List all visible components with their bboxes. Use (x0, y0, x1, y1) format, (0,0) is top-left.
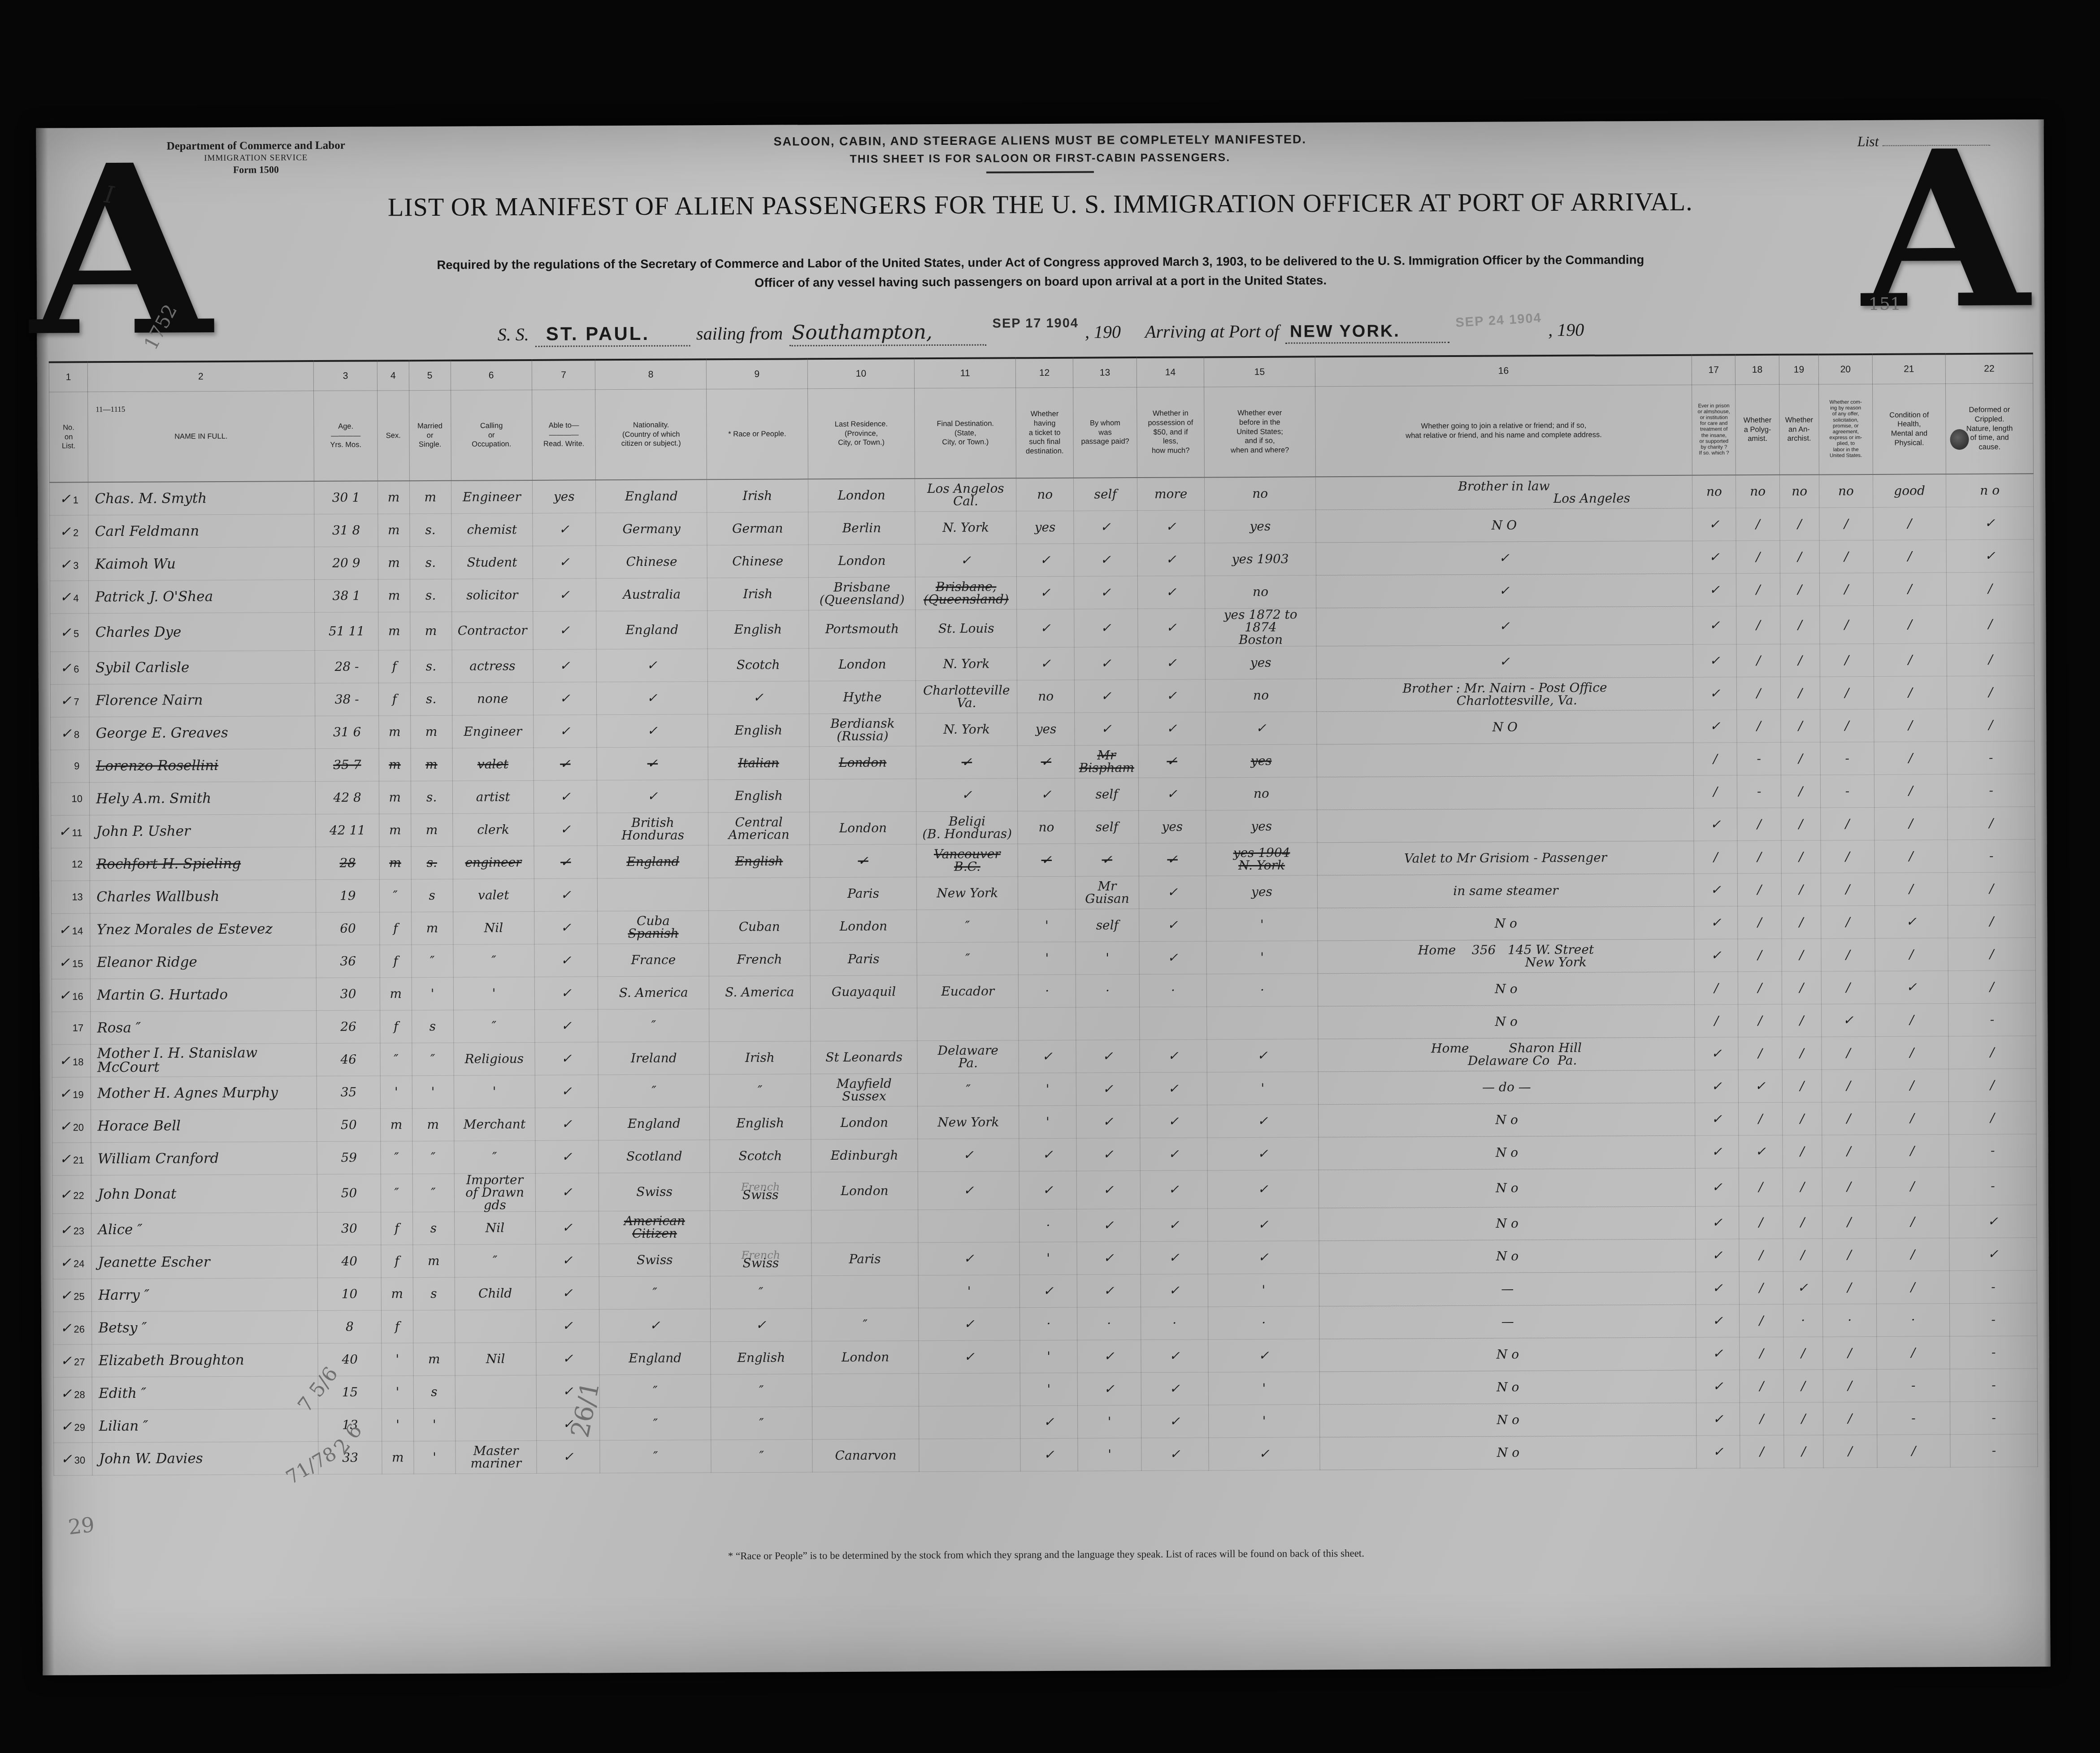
row-checkmark: ✓ (59, 1086, 73, 1101)
cell-race: FrenchSwiss (710, 1243, 811, 1276)
cell-number: ✓1 (49, 482, 88, 515)
cell-name: Harry ″ (91, 1278, 318, 1312)
cell-name: Edith ″ (92, 1376, 318, 1410)
cell-married-single: m (412, 1108, 454, 1141)
cell-tick-20: / (1819, 507, 1873, 540)
cell-ticket: ✓ (1020, 1405, 1078, 1439)
cell-tick-19: / (1782, 1102, 1822, 1135)
cell-last-residence: Guayaquil (810, 975, 917, 1009)
cell-age: 28 - (315, 650, 379, 683)
cell-tick-22: / (1947, 709, 2035, 742)
cell-calling: valet (452, 748, 534, 781)
cell-last-residence: Brisbane (Queensland) (808, 577, 915, 610)
cell-age: 10 (318, 1278, 382, 1311)
cell-able-read-write: ✓ (534, 944, 598, 977)
cell-sex: m (378, 514, 410, 547)
cell-tick-20: / (1820, 709, 1874, 742)
cell-final-destination: ✓ (916, 746, 1017, 779)
col-num-16: 16 (1315, 355, 1692, 387)
cell-age: 8 (318, 1310, 382, 1344)
cell-race: Scotch (710, 1140, 811, 1173)
cell-final-destination: New York (917, 877, 1018, 910)
cell-tick-17: / (1694, 972, 1738, 1005)
cell-final-destination: ' (919, 1275, 1020, 1308)
cell-ever-before: ' (1208, 1274, 1319, 1307)
cell-calling: engineer (453, 846, 534, 879)
cell-tick-21: / (1873, 573, 1947, 606)
cell-relative-friend: in same steamer (1317, 874, 1694, 908)
cell-able-read-write: ✓ (535, 1042, 599, 1075)
cell-tick-20: / (1823, 1336, 1877, 1370)
col-num-22: 22 (1945, 353, 2033, 383)
cell-number: ✓2 (50, 515, 89, 548)
cell-ticket: ' (1018, 909, 1076, 942)
cell-sex: ″ (381, 1174, 412, 1212)
cell-sex: m (381, 1278, 413, 1310)
cell-tick-20: ✓ (1822, 1004, 1875, 1037)
col-label-16: Whether going to join a relative or frie… (1315, 385, 1692, 477)
cell-tick-19: / (1779, 508, 1819, 540)
cell-ticket (1019, 1007, 1076, 1040)
cell-fifty-dollars: ✓ (1137, 543, 1205, 576)
cell-last-residence: Paris (810, 943, 917, 976)
cell-tick-17: no (1692, 475, 1736, 508)
cell-able-read-write: ✓ (534, 879, 598, 912)
col-label-4: Sex. (377, 391, 410, 481)
cell-tick-18: / (1739, 1206, 1783, 1239)
cell-name: Martin G. Hurtado (91, 978, 317, 1012)
cell-final-destination: ✓ (915, 544, 1017, 577)
cell-tick-18: / (1740, 1402, 1784, 1435)
cell-tick-18: / (1737, 677, 1781, 709)
cell-name: George E. Greaves (89, 716, 316, 750)
cell-tick-18: / (1740, 1435, 1784, 1468)
cell-tick-21: - (1877, 1369, 1950, 1402)
cell-final-destination: Charlotteville Va. (916, 680, 1017, 713)
cell-passage-paid: self (1074, 478, 1137, 511)
cell-ticket: no (1018, 811, 1076, 844)
row-checkmark: ✓ (60, 1118, 73, 1134)
cell-tick-19: / (1782, 1004, 1822, 1037)
cell-sex: ' (380, 1076, 412, 1109)
cell-race: English (711, 1341, 812, 1375)
cell-tick-20: / (1822, 1167, 1876, 1206)
cell-nationality: Swiss (599, 1173, 710, 1211)
cell-calling: clerk (452, 813, 534, 846)
cell-married-single: m (413, 1343, 455, 1375)
cell-tick-22: - (1950, 1369, 2037, 1402)
col-label-17: Ever in prison or almshouse, or institut… (1692, 385, 1736, 475)
cell-able-read-write: ✓ (536, 1309, 599, 1343)
cell-number: ✓18 (52, 1044, 91, 1077)
cell-tick-18: / (1738, 939, 1782, 971)
cell-tick-21: / (1874, 644, 1947, 677)
cell-name: Charles Wallbush (90, 880, 317, 913)
cell-name: Carl Feldmann (88, 514, 315, 548)
cell-married-single: m (409, 481, 451, 514)
cell-tick-17: ✓ (1693, 606, 1737, 644)
cell-fifty-dollars: yes (1138, 810, 1206, 844)
cell-passage-paid: Mr Bispham (1075, 745, 1138, 779)
cell-passage-paid: ✓ (1076, 1171, 1140, 1209)
col-num-17: 17 (1692, 355, 1736, 385)
cell-calling: Nil (453, 911, 534, 944)
cell-tick-22: ✓ (1946, 539, 2034, 573)
cell-nationality: England (599, 1107, 710, 1140)
cell-tick-20: / (1822, 1135, 1876, 1168)
cell-name: Betsy ″ (92, 1311, 318, 1344)
cell-relative-friend (1317, 808, 1694, 843)
cell-last-residence (811, 1210, 918, 1243)
cell-number: ✓8 (51, 717, 90, 750)
cell-ever-before: yes (1206, 875, 1317, 909)
manifest-table: 12345678910111213141516171819202122 No. … (49, 352, 2038, 1475)
cell-ticket: yes (1017, 713, 1075, 746)
cell-passage-paid: ✓ (1077, 1373, 1141, 1406)
cell-tick-20: - (1820, 742, 1874, 775)
cell-fifty-dollars: ✓ (1138, 679, 1206, 713)
cell-relative-friend: N o (1319, 1206, 1696, 1241)
cell-name: Chas. M. Smyth (88, 481, 315, 515)
cell-ever-before: ✓ (1207, 1170, 1319, 1209)
cell-sex: m (382, 1441, 414, 1474)
cell-tick-19: / (1783, 1370, 1823, 1402)
cell-final-destination (919, 1373, 1020, 1406)
cell-nationality: British Honduras (597, 813, 708, 846)
cell-tick-18: / (1740, 1370, 1784, 1402)
cell-tick-20: / (1820, 573, 1874, 606)
cell-tick-20: / (1822, 1238, 1876, 1271)
cell-last-residence (812, 1406, 919, 1440)
cell-relative-friend: N o (1319, 1370, 1696, 1405)
cell-tick-22: / (1948, 970, 2035, 1004)
col-num-7: 7 (532, 360, 595, 390)
cell-age: 51 11 (315, 612, 378, 651)
cell-tick-21: good (1873, 474, 1946, 507)
cell-age: 20 9 (315, 547, 378, 580)
cell-relative-friend: ✓ (1316, 574, 1693, 608)
cell-tick-19: / (1783, 1239, 1823, 1271)
cell-ever-before: ✓ (1207, 1137, 1319, 1170)
cell-tick-18: / (1737, 808, 1781, 840)
cell-able-read-write: yes (532, 480, 596, 513)
cell-name: Lilian ″ (92, 1409, 319, 1443)
cell-tick-19: / (1783, 1402, 1823, 1435)
cell-name: Jeanette Escher (91, 1245, 318, 1279)
cell-age: 35 (317, 1076, 381, 1109)
cell-sex: f (381, 1212, 413, 1245)
cell-last-residence: ✓ (810, 844, 917, 878)
cell-tick-20: / (1822, 1205, 1876, 1239)
cell-ever-before: yes (1206, 810, 1317, 843)
sailing-port: Southampton, (789, 321, 986, 347)
cell-name: William Cranford (91, 1142, 317, 1175)
cell-tick-17: / (1693, 775, 1737, 808)
cell-name: John Donat (91, 1174, 317, 1214)
cell-calling: Religious (453, 1042, 535, 1075)
cell-ticket: ✓ (1019, 1138, 1077, 1171)
cell-tick-22: - (1947, 741, 2035, 774)
cell-calling: Child (455, 1277, 536, 1310)
cell-tick-21: / (1874, 709, 1947, 742)
cell-calling: Importer of Drawn gds (454, 1173, 536, 1212)
col-label-10: Last Residence. (Province, City, or Town… (807, 388, 915, 479)
cell-ever-before: no (1206, 777, 1317, 810)
cell-tick-18: / (1740, 1337, 1783, 1370)
cell-number: ✓14 (52, 913, 91, 946)
cell-calling (455, 1309, 536, 1343)
cell-married-single: s. (410, 650, 452, 683)
cell-last-residence: London (811, 1172, 918, 1210)
cell-tick-17: / (1694, 841, 1738, 874)
cell-race: ″ (711, 1407, 812, 1440)
cell-name: Kaimoh Wu (88, 547, 315, 581)
row-checkmark: ✓ (60, 589, 73, 605)
cell-calling: Nil (455, 1342, 536, 1375)
row-number: 21 (73, 1154, 84, 1166)
col-label-20: Whether com- ing by reason of any offer,… (1819, 384, 1873, 474)
cell-sex: m (380, 978, 412, 1010)
race-footnote: * “Race or People” is to be determined b… (42, 1544, 2050, 1565)
cell-married-single: ″ (412, 944, 453, 977)
cell-final-destination (919, 1439, 1020, 1472)
cell-name: Rochfort H. Spieling (90, 847, 316, 881)
col-label-2: NAME IN FULL. (88, 391, 314, 483)
cell-last-residence: London (809, 812, 916, 845)
cell-last-residence: Berdiansk (Russia) (809, 713, 916, 747)
cell-tick-18: / (1737, 840, 1781, 873)
cell-tick-18: / (1738, 971, 1782, 1004)
row-number: 18 (73, 1056, 84, 1067)
cell-ever-before: yes 1904 N. York (1206, 843, 1317, 876)
cell-nationality: ✓ (597, 682, 708, 715)
cell-tick-19: / (1782, 971, 1822, 1004)
cell-tick-21: / (1874, 807, 1948, 840)
cell-married-single: ″ (412, 1141, 454, 1174)
cell-tick-22: / (1949, 1101, 2036, 1135)
cell-calling: Nil (454, 1211, 536, 1244)
cell-age: 30 (317, 1212, 381, 1245)
cell-fifty-dollars: ✓ (1138, 745, 1206, 778)
cell-tick-17: ✓ (1694, 939, 1738, 972)
col-num-12: 12 (1015, 358, 1073, 388)
cell-number: ✓23 (53, 1214, 92, 1246)
cell-sex: ' (382, 1376, 413, 1409)
subtitle: Required by the regulations of the Secre… (162, 249, 1919, 295)
cell-fifty-dollars: ✓ (1141, 1405, 1209, 1438)
cell-race: ✓ (707, 681, 809, 714)
row-number: 14 (72, 925, 83, 936)
cell-tick-18: / (1740, 1304, 1783, 1337)
cell-married-single: m (411, 912, 453, 944)
row-checkmark: ✓ (61, 726, 74, 741)
cell-ticket: · (1020, 1209, 1077, 1242)
cell-final-destination (919, 1406, 1020, 1439)
row-checkmark: ✓ (61, 1451, 74, 1467)
cell-nationality: ″ (599, 1074, 710, 1108)
cell-calling: chemist (451, 513, 533, 546)
cell-age: 60 (316, 912, 380, 945)
cell-age: 38 - (315, 683, 379, 716)
row-number: 13 (72, 891, 83, 902)
row-checkmark: ✓ (61, 1353, 74, 1369)
cell-calling: Contractor (451, 611, 533, 650)
row-checkmark: ✓ (60, 1187, 73, 1202)
cell-tick-22: / (1948, 872, 2035, 905)
cell-nationality: Scotland (599, 1140, 710, 1173)
cell-passage-paid: ✓ (1076, 1105, 1140, 1139)
cell-tick-17: ✓ (1696, 1435, 1740, 1468)
cell-final-destination: Los Angelos Cal. (915, 478, 1016, 511)
ss-label: S. S. (498, 324, 529, 345)
cell-tick-17: ✓ (1694, 874, 1738, 906)
cell-last-residence (812, 1374, 919, 1407)
cell-race: English (710, 1107, 811, 1140)
row-number: 5 (74, 628, 79, 639)
cell-number: 17 (52, 1012, 91, 1044)
cell-tick-21: / (1877, 1435, 1950, 1468)
cell-tick-21: / (1876, 1238, 1949, 1271)
cell-passage-paid: ✓ (1075, 680, 1138, 713)
cell-passage-paid: ✓ (1076, 1040, 1140, 1073)
cell-race: German (707, 512, 808, 545)
cell-ever-before: ✓ (1207, 1039, 1318, 1072)
cell-tick-17: / (1695, 1005, 1739, 1037)
cell-tick-19: / (1781, 775, 1821, 808)
cell-tick-18: / (1737, 709, 1781, 742)
row-number: 2 (73, 527, 78, 538)
col-label-19: Whether an An- archist. (1779, 384, 1819, 475)
cell-sex: f (380, 1010, 412, 1043)
cell-passage-paid: ✓ (1076, 1073, 1140, 1106)
cell-tick-17: ✓ (1696, 1370, 1740, 1403)
cell-able-read-write: ✓ (535, 1211, 599, 1244)
cell-married-single: s (413, 1375, 455, 1408)
col-num-13: 13 (1073, 357, 1137, 387)
cell-tick-20: / (1823, 1402, 1877, 1435)
cell-tick-17: ✓ (1695, 1135, 1739, 1168)
cell-tick-19: / (1784, 1435, 1824, 1468)
cell-final-destination (918, 1209, 1020, 1243)
cell-nationality: Chinese (596, 545, 707, 579)
cell-ever-before: no (1205, 575, 1316, 609)
cell-passage-paid (1076, 1007, 1140, 1040)
cell-tick-17: ✓ (1695, 1103, 1739, 1135)
cell-tick-22: - (1950, 1401, 2038, 1435)
arriving-label: Arriving at Port of (1145, 321, 1279, 342)
col-label-3: Age. ———— Yrs. Mos. (314, 391, 377, 481)
cell-passage-paid: self (1075, 778, 1139, 811)
cell-ever-before: ✓ (1206, 712, 1317, 745)
cell-number: ✓20 (52, 1110, 91, 1143)
cell-passage-paid: ✓ (1074, 609, 1138, 648)
cell-married-single: m (411, 813, 452, 846)
row-number: 12 (72, 858, 83, 870)
cell-race: Irish (709, 1041, 811, 1074)
cell-nationality: ″ (600, 1440, 711, 1473)
cell-tick-21: / (1876, 1167, 1949, 1206)
cell-able-read-write: ✓ (533, 682, 597, 715)
cell-relative-friend (1317, 743, 1694, 777)
cell-tick-21: / (1875, 1069, 1949, 1102)
cell-final-destination: N. York (916, 648, 1017, 681)
col-num-1: 1 (49, 362, 88, 392)
cell-calling: ' (453, 977, 535, 1010)
cell-name: Mother I. H. Stanislaw McCourt (91, 1044, 317, 1077)
cell-able-read-write: ✓ (534, 911, 598, 944)
cell-nationality: ″ (600, 1375, 711, 1408)
cell-race: ″ (711, 1440, 812, 1473)
cell-race: Scotch (707, 648, 809, 682)
cell-ever-before: yes (1206, 744, 1317, 778)
cell-passage-paid: ✓ (1077, 1209, 1141, 1242)
cell-ticket: ✓ (1017, 609, 1075, 648)
cell-name: Charles Dye (89, 613, 315, 652)
row-number: 7 (74, 696, 79, 707)
cell-married-single: ' (413, 1408, 455, 1441)
cell-number: 12 (51, 848, 90, 881)
cell-married-single: m (410, 612, 451, 650)
cell-last-residence: Hythe (809, 681, 916, 714)
cell-passage-paid: ✓ (1074, 544, 1137, 577)
col-num-14: 14 (1137, 357, 1204, 387)
cell-relative-friend: ✓ (1316, 541, 1693, 575)
cell-tick-18: / (1738, 873, 1782, 906)
cell-sex: f (380, 945, 412, 978)
cell-married-single: s (411, 879, 453, 912)
cell-last-residence: London (809, 648, 916, 681)
sailing-date-stamp: SEP 17 1904 (992, 316, 1079, 331)
cell-tick-21: / (1873, 605, 1947, 644)
cell-able-read-write: ✓ (536, 1244, 599, 1277)
cell-relative-friend: — (1319, 1305, 1696, 1339)
cell-able-read-write: ✓ (534, 748, 597, 781)
cell-tick-21: / (1874, 774, 1948, 808)
col-label-13: By whom was passage paid? (1073, 387, 1137, 478)
cell-last-residence: Paris (810, 877, 917, 910)
cell-race: English (708, 779, 809, 813)
cell-able-read-write: ✓ (534, 780, 597, 813)
cell-ticket: ✓ (1017, 745, 1075, 779)
cell-tick-21: / (1874, 873, 1948, 906)
cell-able-read-write: ✓ (535, 1140, 599, 1174)
cell-tick-17: ✓ (1693, 710, 1737, 743)
cell-tick-21: / (1874, 742, 1948, 775)
cell-tick-18: / (1738, 1037, 1782, 1070)
cell-married-single: s (412, 1212, 454, 1244)
cell-final-destination: New York (918, 1106, 1019, 1139)
cell-sex: ″ (379, 879, 411, 912)
cell-tick-19: · (1783, 1304, 1823, 1337)
cell-ever-before: ' (1207, 1072, 1318, 1105)
cell-tick-20: / (1821, 905, 1875, 939)
cell-fifty-dollars: ✓ (1141, 1274, 1208, 1307)
cell-name: Elizabeth Broughton (92, 1344, 318, 1377)
cell-fifty-dollars: ✓ (1139, 941, 1207, 974)
cell-tick-18: / (1740, 1271, 1783, 1304)
cell-able-read-write: ✓ (534, 846, 598, 879)
pencil-page-number: 151 (1869, 294, 1901, 314)
cell-tick-19: / (1780, 644, 1820, 677)
cell-last-residence: ″ (811, 1308, 919, 1341)
cell-relative-friend (1317, 775, 1694, 810)
cell-final-destination: ✓ (918, 1139, 1019, 1172)
col-num-18: 18 (1736, 355, 1779, 385)
cell-ever-before: ' (1206, 941, 1318, 974)
cell-tick-21: / (1873, 540, 1947, 573)
cell-calling (455, 1408, 537, 1441)
cell-tick-18: no (1736, 475, 1780, 508)
